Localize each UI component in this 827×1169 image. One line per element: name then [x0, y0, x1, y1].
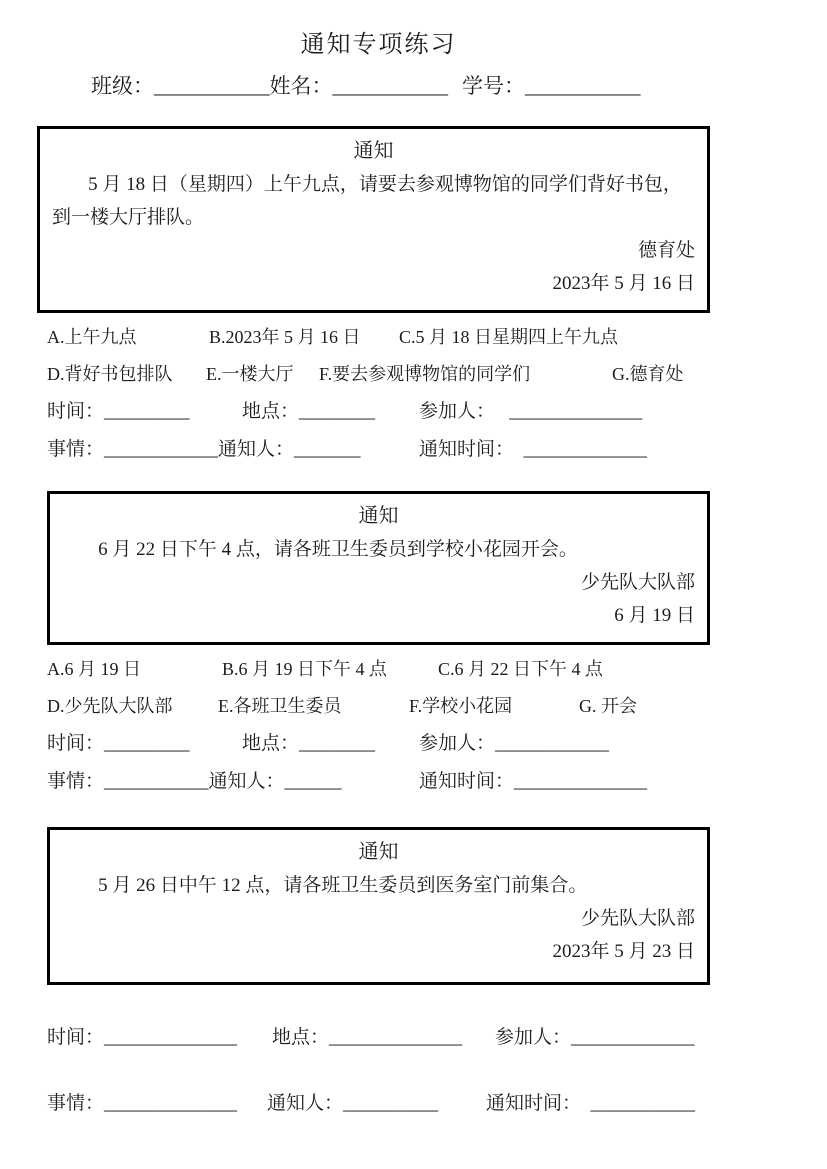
- option-e: E.各班卫生委员: [218, 688, 409, 725]
- notice-2-options-row-abc: A.6 月 19 日 B.6 月 19 日下午 4 点 C.6 月 22 日下午…: [47, 651, 710, 688]
- student-id-blank[interactable]: ___________: [525, 74, 641, 98]
- notice-2-body-line-1: 6 月 22 日下午 4 点，请各班卫生委员到学校小花园开会。: [62, 533, 695, 566]
- notify-time-blank[interactable]: 通知时间： ___________: [486, 1085, 695, 1123]
- place-blank[interactable]: 地点：______________: [272, 1019, 495, 1057]
- notice-2-title: 通知: [62, 500, 695, 533]
- page-title: 通知专项练习: [47, 28, 710, 62]
- place-blank[interactable]: 地点：________: [242, 725, 419, 763]
- notice-3-answer-row-2: 事情：______________ 通知人：__________ 通知时间： _…: [47, 1085, 710, 1123]
- notice-2-signer: 少先队大队部: [62, 566, 695, 599]
- notice-1-date: 2023年 5 月 16 日: [52, 267, 695, 300]
- option-a: A.上午九点: [47, 319, 209, 356]
- time-blank[interactable]: 时间：_________: [47, 725, 242, 763]
- notice-1-signer: 德育处: [52, 234, 695, 267]
- name-blank[interactable]: ___________: [333, 74, 449, 98]
- notice-3-body-line-1: 5 月 26 日中午 12 点，请各班卫生委员到医务室门前集合。: [62, 869, 695, 902]
- notifier-blank[interactable]: 通知人：__________: [267, 1085, 486, 1123]
- notice-2-date: 6 月 19 日: [62, 599, 695, 632]
- worksheet-page: 通知专项练习 班级：___________姓名：___________学号：__…: [0, 0, 827, 1169]
- option-d: D.少先队大队部: [47, 688, 218, 725]
- event-and-notifier-blank[interactable]: 事情：____________通知人：_______: [47, 431, 419, 469]
- time-blank[interactable]: 时间：_________: [47, 393, 242, 431]
- notify-time-blank[interactable]: 通知时间：______________: [419, 763, 647, 801]
- option-c: C.6 月 22 日下午 4 点: [438, 651, 603, 688]
- option-c: C.5 月 18 日星期四上午九点: [399, 319, 618, 356]
- option-e: E.一楼大厅: [206, 356, 319, 393]
- option-f: F.学校小花园: [409, 688, 579, 725]
- event-and-notifier-blank[interactable]: 事情：___________通知人：______: [47, 763, 419, 801]
- notice-3-date: 2023年 5 月 23 日: [62, 935, 695, 968]
- student-info-line: 班级：___________姓名：___________学号：_________…: [91, 70, 710, 102]
- notice-3-signer: 少先队大队部: [62, 902, 695, 935]
- event-blank[interactable]: 事情：______________: [47, 1085, 267, 1123]
- option-g: G.德育处: [612, 356, 684, 393]
- participants-blank[interactable]: 参加人： ______________: [419, 393, 642, 431]
- option-g: G. 开会: [579, 688, 637, 725]
- notice-1-title: 通知: [52, 135, 695, 168]
- notice-1-body-line-1: 5 月 18 日（星期四）上午九点，请要去参观博物馆的同学们背好书包，: [52, 168, 695, 201]
- notice-3-title: 通知: [62, 836, 695, 869]
- student-id-label: 学号：: [462, 74, 525, 98]
- notify-time-blank[interactable]: 通知时间： _____________: [419, 431, 647, 469]
- class-blank[interactable]: ___________: [154, 74, 270, 98]
- option-b: B.6 月 19 日下午 4 点: [222, 651, 438, 688]
- place-blank[interactable]: 地点：________: [242, 393, 419, 431]
- option-f: F.要去参观博物馆的同学们: [319, 356, 612, 393]
- notice-1-options-row-defg: D.背好书包排队 E.一楼大厅 F.要去参观博物馆的同学们 G.德育处: [47, 356, 710, 393]
- participants-blank[interactable]: 参加人：_____________: [495, 1019, 695, 1057]
- notice-2-options-row-defg: D.少先队大队部 E.各班卫生委员 F.学校小花园 G. 开会: [47, 688, 710, 725]
- notice-2-answer-row-2: 事情：___________通知人：______ 通知时间：__________…: [47, 763, 710, 801]
- notice-box-1: 通知 5 月 18 日（星期四）上午九点，请要去参观博物馆的同学们背好书包， 到…: [37, 126, 710, 313]
- notice-box-3: 通知 5 月 26 日中午 12 点，请各班卫生委员到医务室门前集合。 少先队大…: [47, 827, 710, 985]
- option-d: D.背好书包排队: [47, 356, 206, 393]
- notice-2-answer-row-1: 时间：_________ 地点：________ 参加人：___________…: [47, 725, 710, 763]
- option-a: A.6 月 19 日: [47, 651, 222, 688]
- participants-blank[interactable]: 参加人：____________: [419, 725, 609, 763]
- name-label: 姓名：: [270, 74, 333, 98]
- class-label: 班级：: [91, 74, 154, 98]
- option-b: B.2023年 5 月 16 日: [209, 319, 399, 356]
- time-blank[interactable]: 时间：______________: [47, 1019, 272, 1057]
- notice-1-options-row-abc: A.上午九点 B.2023年 5 月 16 日 C.5 月 18 日星期四上午九…: [47, 319, 710, 356]
- notice-1-body-line-2: 到一楼大厅排队。: [52, 201, 695, 234]
- notice-1-answer-row-2: 事情：____________通知人：_______ 通知时间： _______…: [47, 431, 710, 469]
- notice-3-answer-row-1: 时间：______________ 地点：______________ 参加人：…: [47, 1019, 710, 1057]
- notice-1-answer-row-1: 时间：_________ 地点：________ 参加人： __________…: [47, 393, 710, 431]
- notice-box-2: 通知 6 月 22 日下午 4 点，请各班卫生委员到学校小花园开会。 少先队大队…: [47, 491, 710, 645]
